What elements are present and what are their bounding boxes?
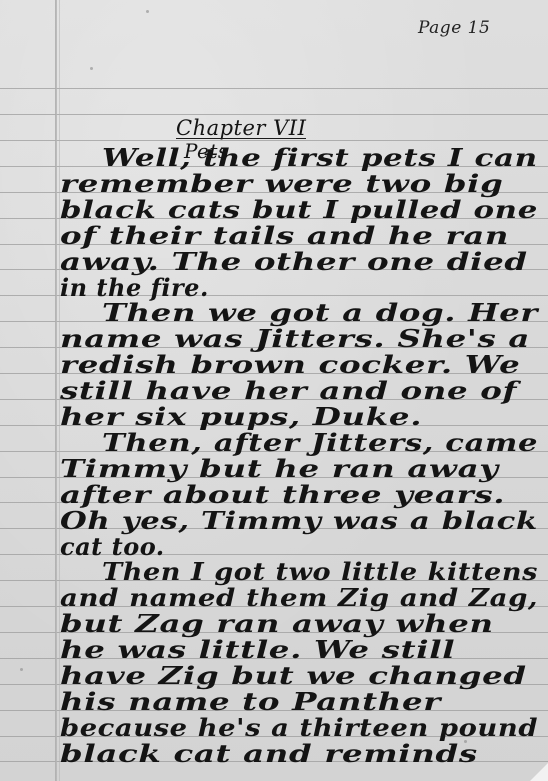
chapter-heading: Chapter VII bbox=[176, 116, 306, 140]
paper-speck bbox=[146, 10, 149, 13]
handwritten-line: have Zig but we changed bbox=[60, 661, 527, 690]
handwritten-line: of their tails and he ran bbox=[60, 221, 509, 250]
handwritten-line: black cat and reminds bbox=[60, 739, 478, 768]
ruled-line bbox=[0, 140, 548, 141]
handwritten-line: black cats but I pulled one bbox=[60, 195, 538, 224]
notebook-page: Page 15 Chapter VII Pets Well, the first… bbox=[0, 0, 548, 781]
handwritten-line: but Zag ran away when bbox=[60, 609, 494, 638]
margin-line bbox=[55, 0, 57, 781]
handwritten-line: still have her and one of bbox=[60, 376, 517, 405]
paper-speck bbox=[20, 668, 23, 671]
page-corner bbox=[530, 763, 548, 781]
handwritten-line: Then we got a dog. Her bbox=[102, 298, 538, 327]
handwritten-line: Timmy but he ran away bbox=[60, 454, 499, 483]
page-number: Page 15 bbox=[418, 18, 490, 38]
handwritten-line: Well, the first pets I can bbox=[102, 143, 538, 172]
handwritten-line: Then, after Jitters, came bbox=[102, 428, 538, 457]
handwritten-line: redish brown cocker. We bbox=[60, 350, 520, 379]
chapter-heading-text: Chapter VII bbox=[176, 116, 306, 140]
handwritten-line: and named them Zig and Zag, bbox=[60, 583, 538, 612]
handwritten-line: name was Jitters. She's a bbox=[60, 324, 530, 353]
handwritten-line: Oh yes, Timmy was a black bbox=[60, 506, 538, 535]
handwritten-line: Then I got two little kittens bbox=[102, 557, 538, 586]
handwritten-line: because he's a thirteen pound bbox=[60, 713, 538, 742]
handwritten-line: his name to Panther bbox=[60, 687, 441, 716]
handwritten-line: after about three years. bbox=[60, 480, 505, 509]
handwritten-line: he was little. We still bbox=[60, 635, 455, 664]
handwritten-line: her six pups, Duke. bbox=[60, 402, 422, 431]
handwritten-line: away. The other one died bbox=[60, 247, 528, 276]
paper-speck bbox=[90, 67, 93, 70]
ruled-line bbox=[0, 114, 548, 115]
handwritten-line: remember were two big bbox=[60, 169, 503, 198]
ruled-line bbox=[0, 88, 548, 89]
